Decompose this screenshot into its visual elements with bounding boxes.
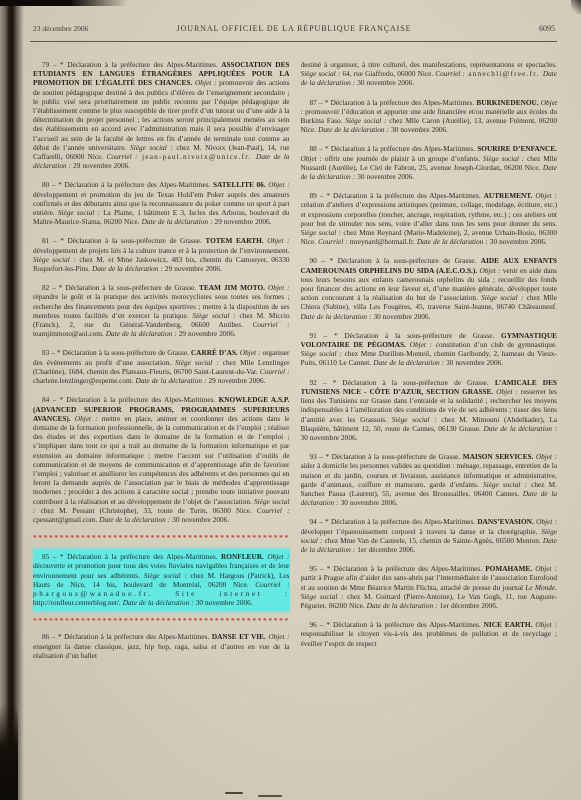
entry-text-segment: CARRÉ D’AS. (191, 348, 238, 357)
entry-text-segment: Objet : (533, 452, 557, 461)
entry-text-segment: Objet : (477, 266, 500, 275)
entry-text-segment: 30 novembre 2006. (371, 312, 430, 321)
entry-text-segment: Objet : (266, 180, 290, 189)
entry-text-segment: création d’ateliers d’expressions artist… (301, 200, 558, 227)
entry-text-segment: Siège social : (33, 255, 76, 264)
entry-text-segment: phargous@wanadoo.fr. (33, 589, 175, 598)
entry-text-segment: 87 – * Déclaration à la préfecture des A… (310, 98, 477, 107)
journal-entry: 87 – * Déclaration à la préfecture des A… (301, 98, 558, 135)
entry-text-segment: 92 – * Déclaration à la sous-préfecture … (310, 378, 495, 387)
entry-text-segment: 90 – * Déclaration à la sous-préfecture … (310, 256, 481, 265)
entry-text-segment: Siège social : (192, 311, 235, 320)
journal-entry: 79 – * Déclaration à la préfecture des A… (33, 60, 290, 170)
journal-entry: 86 – * Déclaration à la préfecture des A… (33, 632, 290, 660)
entry-text-segment: Siège social : (130, 143, 173, 152)
entry-text-segment: 80 – * Déclaration à la préfecture des A… (42, 180, 213, 189)
entry-text-segment: 91 – * Déclaration à la sous-préfecture … (310, 331, 502, 340)
entry-text-segment: Courriel : (257, 506, 290, 515)
entry-text-segment: Courriel : (253, 320, 290, 329)
entry-text-segment: responsabiliser le citoyen vis-à-vis des… (301, 629, 558, 647)
entry-text-segment: 82 – * Déclaration à la sous-préfecture … (42, 283, 199, 292)
entry-text-segment: Objet : (265, 283, 290, 292)
entry-text-segment: 30 novembre 2006. (355, 172, 414, 181)
journal-entry: 80 – * Déclaration à la préfecture des A… (33, 180, 290, 226)
page-number: 6095 (435, 24, 555, 33)
entry-text-segment: Objet : (532, 620, 557, 629)
entry-text-segment: Date de la déclaration : (136, 376, 207, 385)
entry-text-segment: http://ronfleur.centerblog.net/. (33, 598, 123, 607)
entry-text-segment: Objet : (534, 517, 557, 526)
entry-text-segment: Objet : (266, 632, 290, 641)
entry-text-segment: 30 novembre 2006. (488, 237, 547, 246)
journal-entry: 91 – * Déclaration à la sous-préfecture … (301, 331, 558, 368)
highlighted-journal-entry: 85 – * Déclaration à la préfecture des A… (33, 549, 290, 611)
entry-text-segment: TOTEM EARTH. (205, 236, 263, 245)
entry-text-segment: Objet : (192, 78, 216, 87)
entry-text-segment: développement de projets liés à la cultu… (33, 246, 290, 255)
entry-text-segment: Objet : (493, 387, 518, 396)
entry-text-segment: SOURIRE D’ENFANCE. (477, 144, 557, 153)
entry-text-segment: Siège social : (301, 69, 341, 78)
journal-entry: 83 – * Déclaration à la sous-préfecture … (33, 348, 290, 385)
entry-text-segment: Siège social : (345, 116, 386, 125)
entry-text-segment: Siège social : (144, 571, 187, 580)
scan-smudge (225, 792, 243, 794)
entry-text-segment: teamjimmoto@aol.com. (33, 329, 106, 338)
entry-text-segment: POMAHAME. (485, 564, 532, 573)
entry-text-segment: 30 novembre 2006. (389, 125, 448, 134)
entry-text-segment: TEAM JIM MOTO. (199, 283, 265, 292)
entry-text-segment: NICE EARTH. (484, 620, 533, 629)
entry-text-segment: 93 – * Déclaration à la sous-préfecture … (310, 452, 463, 461)
entry-text-segment: Objet : (406, 340, 432, 349)
entry-text-segment: Courriel : (435, 69, 465, 78)
text-columns: 79 – * Déclaration à la préfecture des A… (33, 60, 557, 796)
entry-text-segment: Siège social : (483, 154, 524, 163)
entry-text-segment: Date de la déclaration : (92, 264, 163, 273)
entry-text-segment: 29 novembre 2006. (163, 264, 222, 273)
entry-text-segment: Objet : (264, 236, 290, 245)
entry-text-segment: 30 novembre 2006. (301, 433, 358, 442)
entry-text-segment: 95 – * Déclaration à la préfecture des A… (310, 564, 486, 573)
entry-text-segment: développer l’épanouissement corporel à t… (301, 527, 542, 536)
entry-text-segment: offrir une journée de plaisir à un group… (322, 154, 483, 163)
entry-text-segment: charlene.lenzlinger@espeme.com. (33, 376, 136, 385)
entry-text-segment: 30 novembre 2006. (170, 515, 229, 524)
entry-text-segment: Date de la déclaration : (106, 329, 177, 338)
journal-entry: 82 – * Déclaration à la sous-préfecture … (33, 283, 290, 338)
entry-text-segment: mettre en place, animer et coordonner de… (33, 414, 290, 506)
journal-entry: 94 – * Déclaration à la préfecture des A… (301, 517, 558, 554)
journal-entry: 92 – * Déclaration à la sous-préfecture … (301, 378, 558, 442)
entry-text-segment: Date de la déclaration : (142, 217, 213, 226)
journal-entry: 93 – * Déclaration à la sous-préfecture … (301, 452, 558, 507)
entry-text-segment: RONFLEUR. (221, 552, 264, 561)
journal-title: JOURNAL OFFICIEL DE LA RÉPUBLIQUE FRANÇA… (153, 24, 435, 33)
entry-text-segment: Siège social : (175, 358, 219, 367)
scan-smudge (258, 795, 282, 797)
scan-mark-top-left (0, 0, 128, 6)
scan-edge-left (0, 0, 24, 800)
entry-text-segment: Date de la déclaration : (301, 312, 372, 321)
entry-text-segment: promouvoir des actions de soutien pédago… (33, 78, 290, 151)
entry-text-segment: Objet : (71, 414, 98, 423)
entry-text-segment: 79 – * Déclaration à la préfecture des A… (42, 60, 221, 69)
entry-text-segment: Siège social : (58, 208, 100, 217)
entry-text-segment: 1er décembre 2006. (438, 601, 498, 610)
entry-text-segment: Date de la déclaration : (99, 515, 170, 524)
header-rule (30, 41, 557, 42)
journal-entry: 90 – * Déclaration à la sous-préfecture … (301, 256, 558, 320)
entry-text-segment: cpessant@gmail.com. (33, 515, 99, 524)
journal-page: 23 décembre 2006 JOURNAL OFFICIEL DE LA … (0, 0, 581, 800)
journal-entry: 84 – * Déclaration à la préfecture des A… (33, 395, 290, 524)
entry-text-segment: Siège social : (301, 228, 341, 237)
entry-text-segment: chez M. Pessant (Christophe), 33, route … (35, 506, 256, 515)
journal-entry: 81 – * Déclaration à la sous-préfecture … (33, 236, 290, 273)
entry-text-segment: 96 – * Déclaration à la préfecture des A… (310, 620, 484, 629)
entry-text-segment: 85 – * Déclaration à la préfecture des A… (42, 552, 221, 561)
entry-text-segment: 84 – * Déclaration à la préfecture des A… (42, 395, 219, 404)
entry-text-segment: chez Mme Van de Casteele, 15, chemin de … (323, 536, 543, 545)
entry-text-segment: AUTREMENT. (484, 191, 533, 200)
entry-text-segment: enseigner la danse classique, jazz, hip … (33, 642, 290, 660)
scan-mark-bottom-left (0, 704, 18, 800)
issue-date: 23 décembre 2006 (33, 24, 153, 33)
entry-text-segment: MAISON SERVICES. (463, 452, 534, 461)
entry-text-segment: Site internet : (175, 589, 289, 598)
journal-entry: 89 – * Déclaration à la préfecture des A… (301, 191, 558, 246)
journal-entry: 88 – * Déclaration à la préfecture des A… (301, 144, 558, 181)
entry-text-segment: Objet : (532, 191, 557, 200)
entry-text-segment: 29 novembre 2006. (177, 329, 236, 338)
entry-text-segment: Date de la déclaration : (417, 237, 488, 246)
entry-text-segment: Siège social : (483, 480, 527, 489)
left-column: 79 – * Déclaration à la préfecture des A… (33, 60, 290, 796)
entry-text-segment: Objet : (264, 552, 290, 561)
entry-text-segment: Date de la déclaration : (373, 358, 444, 367)
entry-text-segment: 81 – * Déclaration à la sous-préfecture … (42, 236, 205, 245)
entry-text-segment: BURKINEDENOU. (476, 98, 538, 107)
entry-text-segment: Date de la déclaration : (484, 424, 557, 433)
asterisk-separator: ****************************************… (33, 617, 290, 625)
entry-text-segment: Objet : (532, 564, 557, 573)
entry-text-segment: 94 – * Déclaration à la préfecture des A… (310, 517, 478, 526)
entry-text-segment: Objet : (301, 154, 322, 163)
entry-text-segment: Le Monde. (525, 583, 557, 592)
entry-text-segment: 1er décembre 2006. (355, 545, 415, 554)
entry-text-segment: DANS’EVASION. (477, 517, 533, 526)
entry-text-segment: Courriel : (260, 367, 290, 376)
entry-text-segment: 30 novembre 2006. (355, 78, 414, 87)
entry-text-segment: mreynard@hotmail.fr. (348, 237, 417, 246)
entry-text-segment: partir à Prague afin d’aider des sans-ab… (301, 573, 558, 591)
entry-text-segment: Courriel : (255, 580, 289, 589)
entry-text-segment: destiné à organiser, à titre culturel, d… (301, 60, 558, 69)
entry-text-segment: Siège social : (301, 592, 344, 601)
entry-text-segment: Date de la déclaration : (123, 598, 194, 607)
entry-text-segment: Siège social : (481, 293, 523, 302)
entry-text-segment: Objet : (238, 348, 261, 357)
entry-text-segment: Date de la déclaration : (367, 601, 438, 610)
journal-entry: destiné à organiser, à titre culturel, d… (301, 60, 558, 88)
right-column: destiné à organiser, à titre culturel, d… (301, 60, 558, 796)
entry-text-segment: 64, rue Giaffredo, 06000 Nice. (340, 69, 435, 78)
asterisk-separator: ****************************************… (33, 534, 290, 542)
entry-text-segment: Courriel : (318, 237, 348, 246)
entry-text-segment: Siège social : (301, 349, 342, 358)
entry-text-segment: Courriel : (107, 152, 138, 161)
entry-text-segment: Date de la déclaration : (318, 125, 389, 134)
entry-text-segment: 86 – * Déclaration à la préfecture des A… (42, 632, 212, 641)
entry-text-segment: 30 novembre 2006. (194, 598, 253, 607)
entry-text-segment: 83 – * Déclaration à la sous-préfecture … (42, 348, 191, 357)
entry-text-segment: 30 novembre 2006. (444, 358, 503, 367)
entry-text-segment: 30 novembre 2006. (339, 498, 398, 507)
entry-text-segment: SATELLITE 06. (213, 180, 266, 189)
journal-entry: 96 – * Déclaration à la préfecture des A… (301, 620, 558, 648)
entry-text-segment: jean-paul.nivoix@unice.fr. (137, 152, 256, 161)
entry-text-segment: 29 novembre 2006. (206, 376, 265, 385)
entry-text-segment: 88 – * Déclaration à la préfecture des A… (310, 144, 478, 153)
scan-mark-top-right (571, 0, 581, 14)
page-header: 23 décembre 2006 JOURNAL OFFICIEL DE LA … (33, 24, 555, 38)
journal-entry: 95 – * Déclaration à la préfecture des A… (301, 564, 558, 610)
entry-text-segment: 29 novembre 2006. (71, 161, 130, 170)
entry-text-segment: 89 – * Déclaration à la préfecture des A… (310, 191, 484, 200)
entry-text-segment: Siège social : (392, 415, 437, 424)
entry-text-segment: constitution d’un club de gymnastique. (432, 340, 557, 349)
entry-text-segment: DANSE ET VIE. (212, 632, 266, 641)
entry-text-segment: annechli@free.fr. (465, 69, 543, 78)
entry-text-segment: 29 novembre 2006. (213, 217, 272, 226)
